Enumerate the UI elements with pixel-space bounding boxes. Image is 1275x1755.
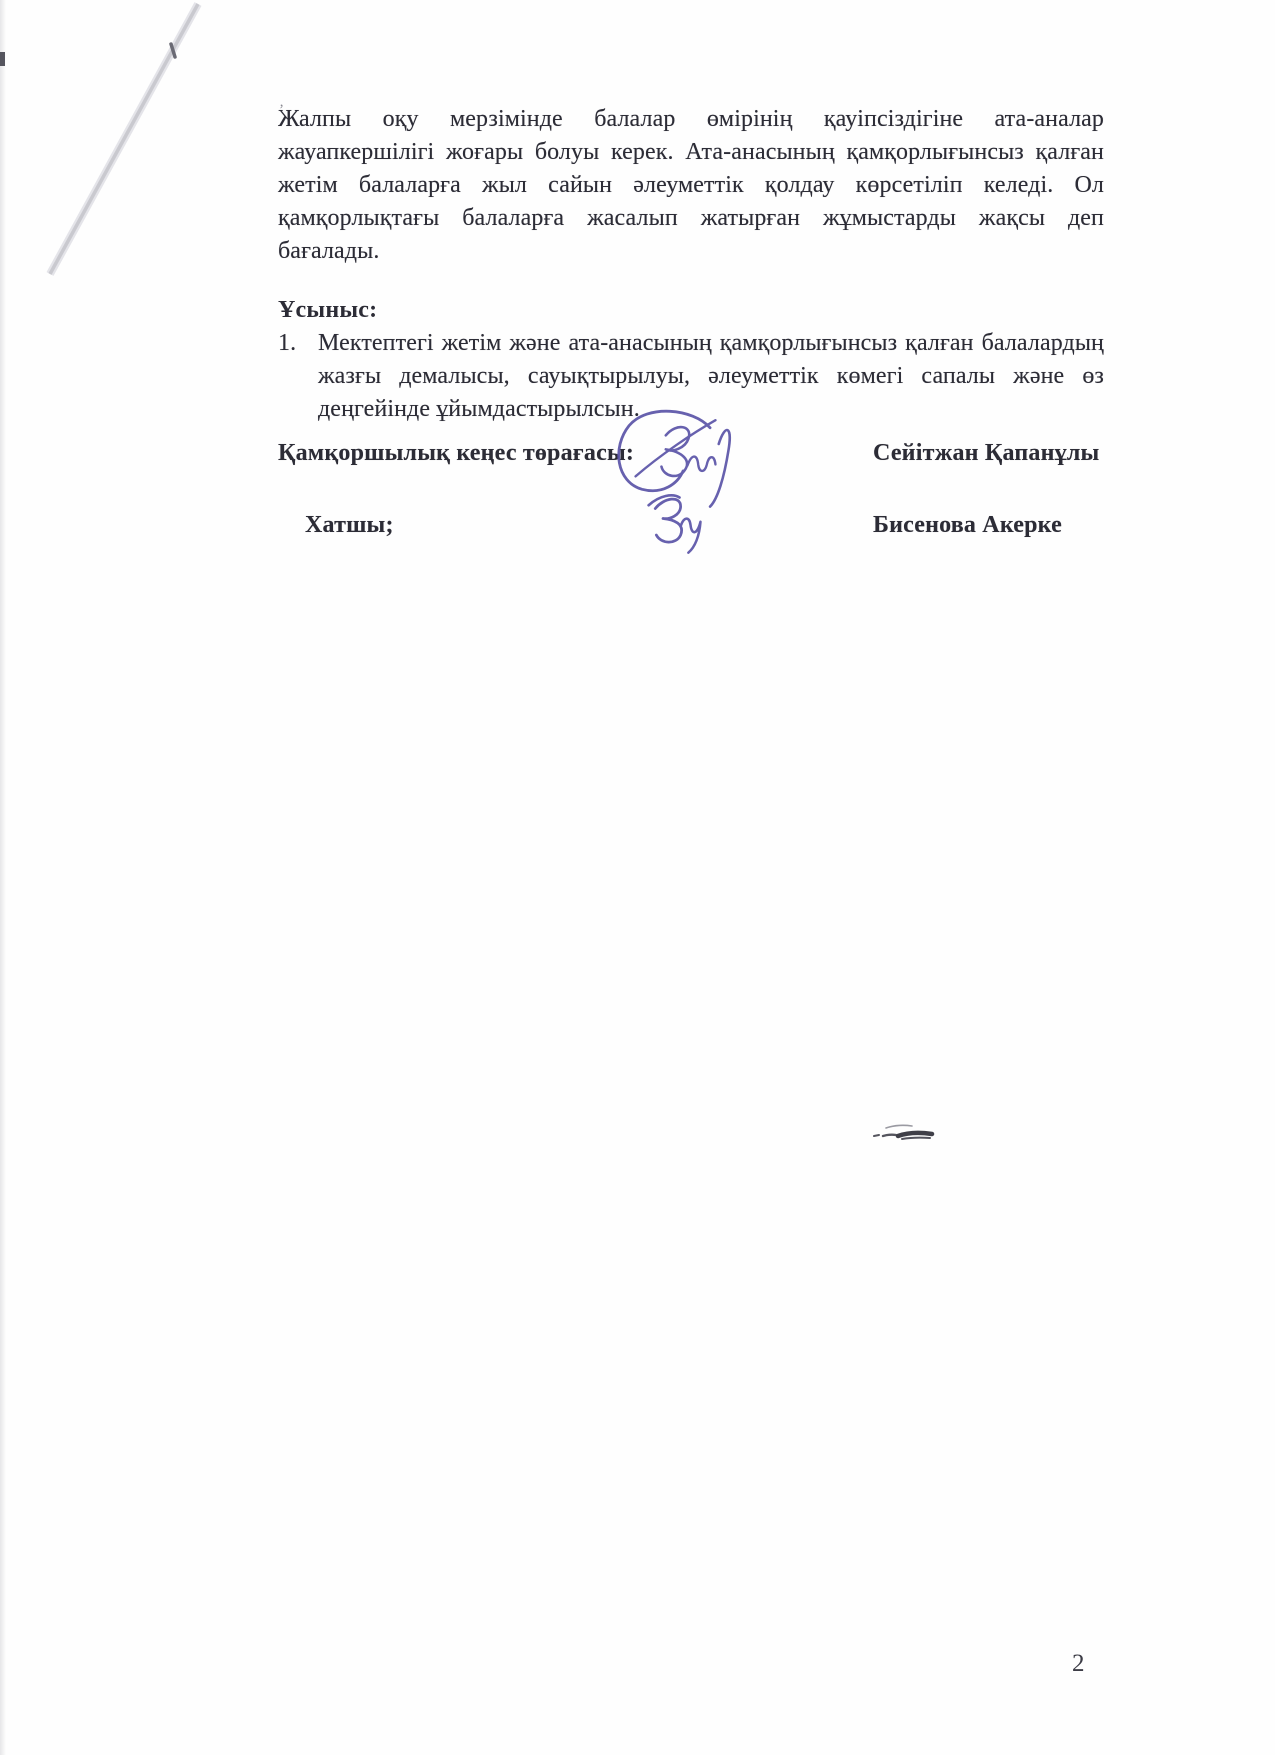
crease-line-artifact xyxy=(0,0,300,300)
recommendation-heading: Ұсыныс: xyxy=(278,294,1104,327)
scan-edge-shading xyxy=(0,0,6,1755)
chairman-name: Сейітжан Қапанұлы xyxy=(873,440,1099,467)
document-body: Жалпы оқу мерзімінде балалар өмірінің қа… xyxy=(278,103,1104,426)
smudge-mark-artifact xyxy=(872,1122,936,1144)
secretary-name: Бисенова Акерке xyxy=(873,512,1062,539)
main-paragraph: Жалпы оқу мерзімінде балалар өмірінің қа… xyxy=(278,103,1104,268)
scanned-document-page: ’ Жалпы оқу мерзімінде балалар өмірінің … xyxy=(0,0,1275,1755)
page-number: 2 xyxy=(1072,1650,1085,1678)
list-item-number: 1. xyxy=(278,327,318,360)
chairman-role-label: Қамқоршылық кеңес төрағасы: xyxy=(278,440,634,467)
secretary-role-label: Хатшы; xyxy=(305,512,394,539)
secretary-signature xyxy=(638,492,710,556)
